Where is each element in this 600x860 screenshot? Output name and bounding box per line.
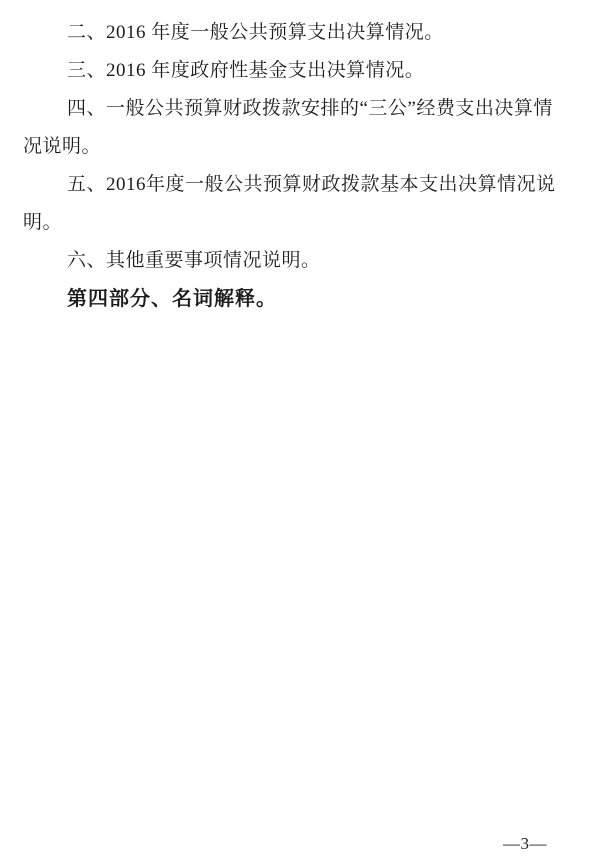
page-number: —3— [503, 833, 547, 855]
toc-item-6: 六、其他重要事项情况说明。 [23, 242, 570, 280]
toc-item-2: 二、2016 年度一般公共预算支出决算情况。 [23, 14, 570, 52]
toc-item-3: 三、2016 年度政府性基金支出决算情况。 [23, 52, 570, 90]
toc-item-5: 五、2016年度一般公共预算财政拨款基本支出决算情况说明。 [23, 166, 570, 242]
toc-item-4: 四、一般公共预算财政拨款安排的“三公”经费支出决算情况说明。 [23, 90, 570, 166]
document-body: 二、2016 年度一般公共预算支出决算情况。 三、2016 年度政府性基金支出决… [23, 14, 570, 318]
document-page: 二、2016 年度一般公共预算支出决算情况。 三、2016 年度政府性基金支出决… [0, 0, 600, 860]
section-heading: 第四部分、名词解释。 [23, 280, 570, 318]
